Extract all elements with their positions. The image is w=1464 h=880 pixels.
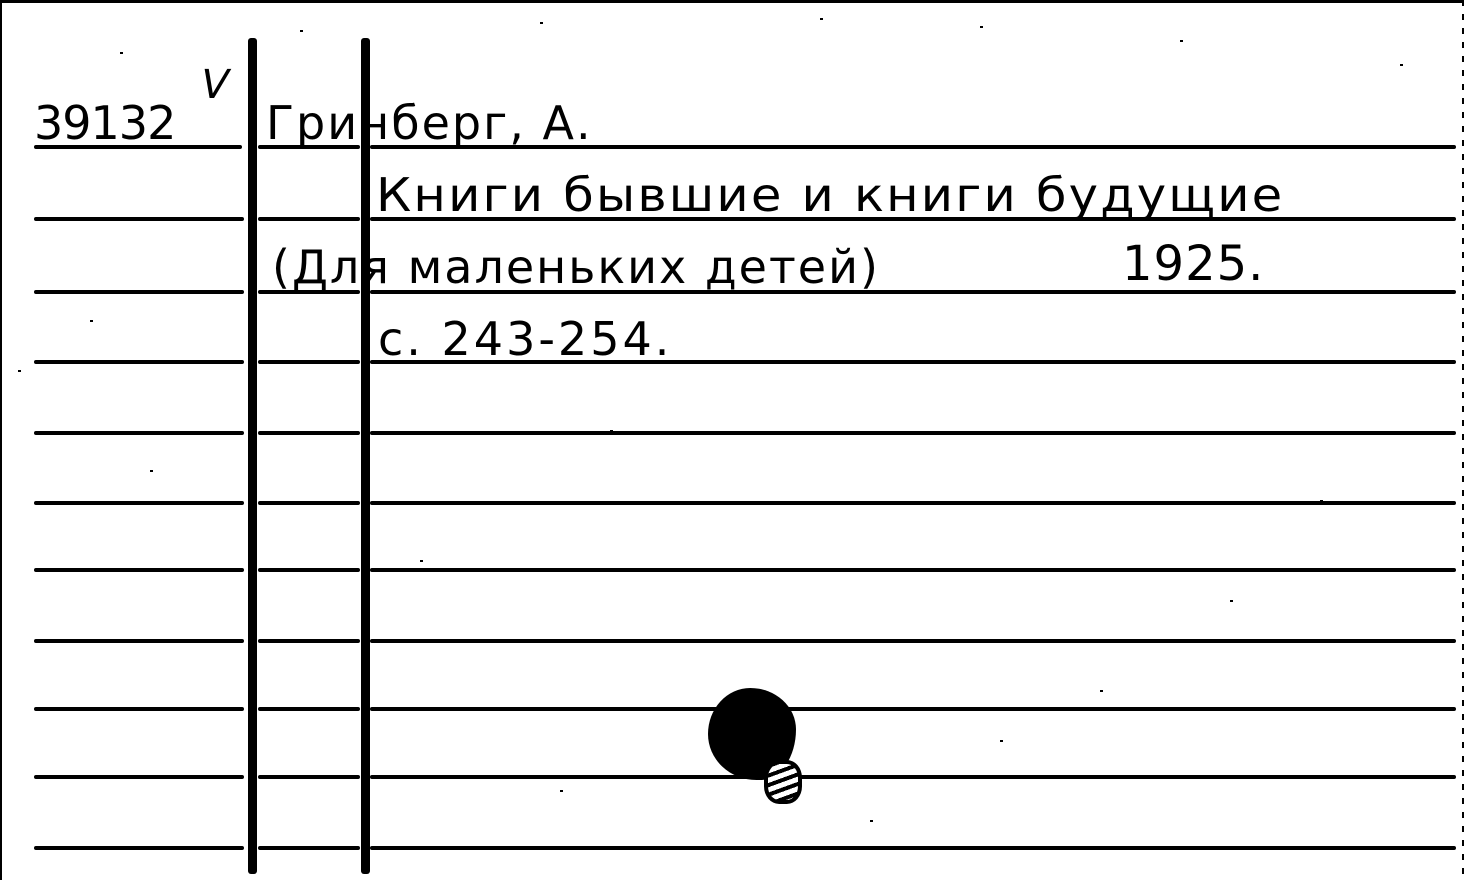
scan-speck [980, 26, 983, 28]
scan-speck [300, 30, 303, 32]
scan-speck [1320, 500, 1323, 502]
ruled-line [258, 775, 360, 779]
ruled-line [34, 775, 244, 779]
ruled-line [258, 431, 360, 435]
ruled-line [258, 846, 360, 850]
ruled-line [258, 707, 360, 711]
catalog-card: 39132 V Гринберг, А. Книги бывшие и книг… [0, 0, 1464, 880]
ruled-line [34, 501, 244, 505]
scan-speck [1230, 600, 1233, 602]
scan-speck [1100, 690, 1103, 692]
ruled-line [34, 568, 244, 572]
ruled-line [34, 360, 244, 364]
ruled-line [258, 501, 360, 505]
scan-speck [1180, 40, 1183, 42]
ruled-line [34, 431, 244, 435]
ruled-line [258, 568, 360, 572]
card-left-edge [0, 0, 2, 880]
book-title: Книги бывшие и книги будущие [376, 168, 1284, 222]
ruled-line [370, 501, 1456, 505]
scan-speck [420, 560, 423, 562]
publication-year: 1925. [1122, 236, 1264, 292]
scan-speck [150, 470, 153, 472]
ruled-line [370, 639, 1456, 643]
scan-speck [120, 52, 123, 54]
column-divider-right [361, 38, 370, 874]
scan-speck [560, 790, 563, 792]
ink-blot-smudge [764, 760, 802, 804]
column-divider-left [248, 38, 257, 874]
scan-speck [90, 320, 93, 322]
scan-speck [1000, 740, 1003, 742]
ruled-line [258, 360, 360, 364]
page-range: с. 243-254. [378, 312, 672, 366]
ruled-line [370, 568, 1456, 572]
ruled-line [370, 846, 1456, 850]
scan-speck [18, 370, 21, 372]
ruled-line [34, 707, 244, 711]
check-mark: V [196, 62, 234, 108]
scan-speck [870, 820, 873, 822]
ruled-line [370, 775, 1456, 779]
scan-speck [820, 18, 823, 20]
scan-speck [540, 22, 543, 24]
card-top-edge [0, 0, 1464, 3]
ruled-line [34, 639, 244, 643]
ruled-line [34, 846, 244, 850]
ruled-line [370, 431, 1456, 435]
call-number: 39132 [34, 96, 175, 150]
audience-note: (Для маленьких детей) [272, 240, 880, 294]
scan-speck [1400, 64, 1403, 66]
ruled-line [258, 639, 360, 643]
ruled-line [370, 707, 1456, 711]
scan-speck [610, 430, 613, 432]
ruled-line [34, 217, 244, 221]
author-name: Гринберг, А. [266, 96, 593, 150]
ruled-line [258, 217, 360, 221]
ruled-line [34, 290, 244, 294]
